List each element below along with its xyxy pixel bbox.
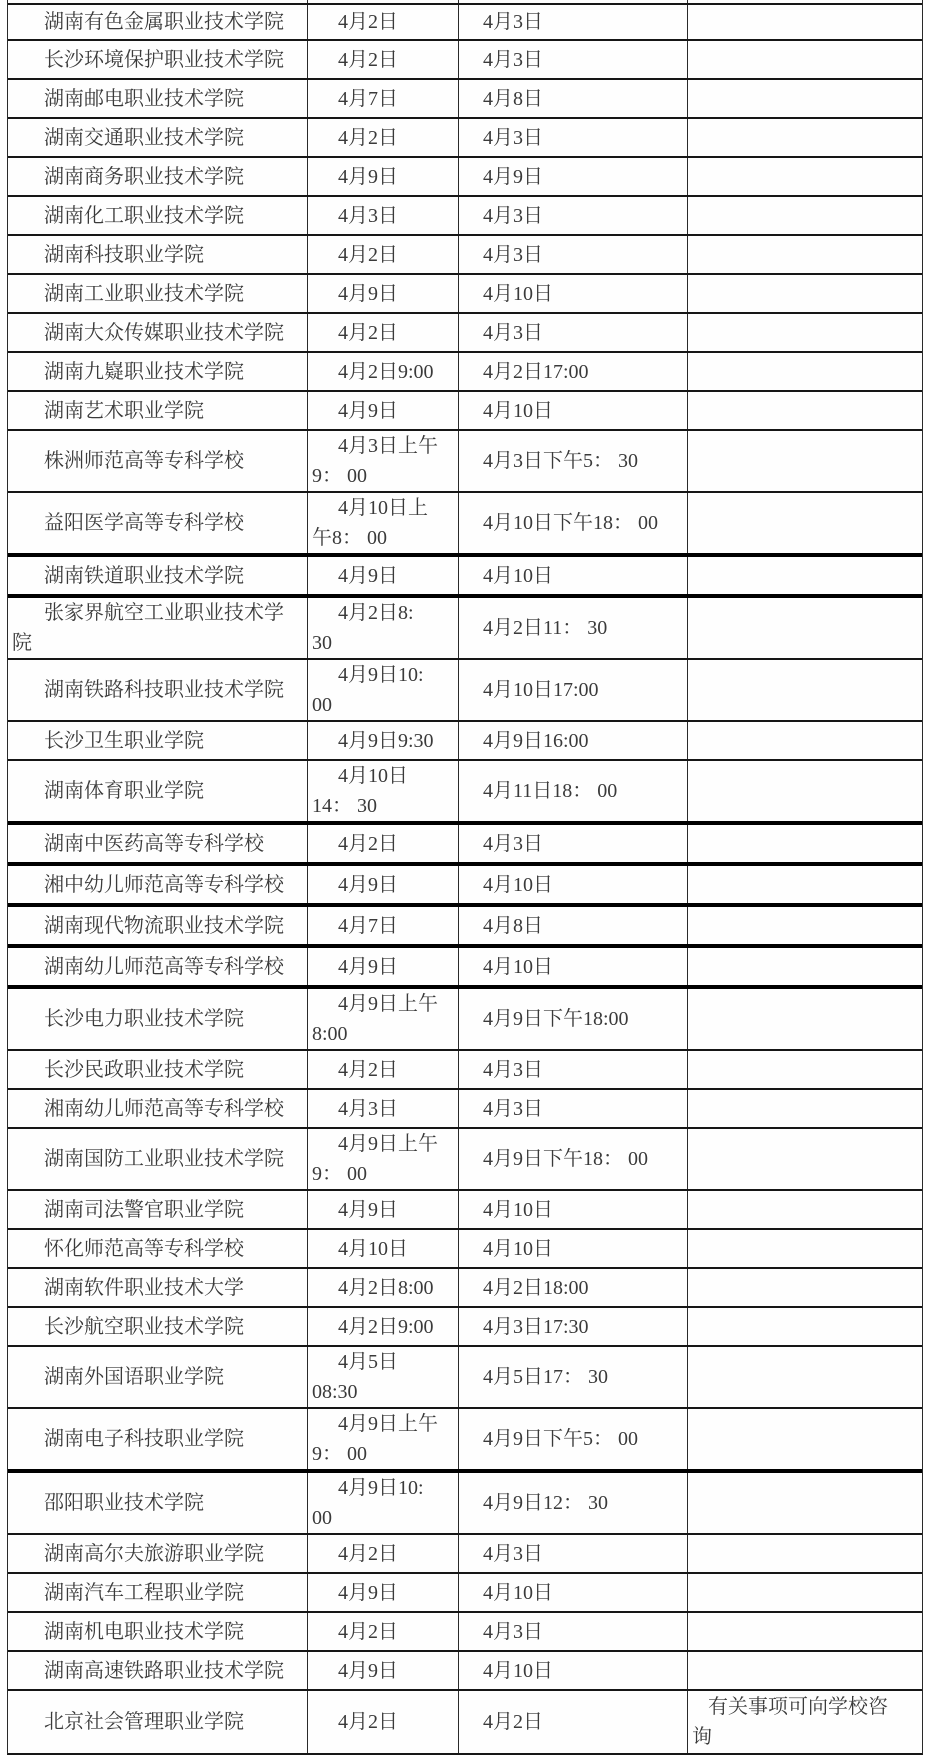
cell-text-line: 4月3日 <box>483 7 687 37</box>
cell-text-line: 湖南艺术职业学院 <box>44 396 307 426</box>
end-date-cell: 4月3日 <box>459 1535 688 1572</box>
schedule-table: 湖南有色金属职业技术学院4月2日4月3日长沙环境保护职业技术学院4月2日4月3日… <box>7 0 923 1755</box>
school-name-cell: 长沙卫生职业学院 <box>8 722 308 759</box>
cell-text-line: 4月2日18:00 <box>483 1273 687 1303</box>
cell-text-line: 长沙卫生职业学院 <box>44 726 307 756</box>
cell-text-line: 4月3日17:30 <box>483 1312 687 1342</box>
start-date-cell: 4月2日8:30 <box>308 598 459 658</box>
cell-text-line: 4月2日 <box>338 7 458 37</box>
school-name-cell: 湖南高速铁路职业技术学院 <box>8 1652 308 1689</box>
note-cell <box>688 598 922 658</box>
cell-text-line: 湖南铁路科技职业技术学院 <box>44 675 307 705</box>
school-name-cell: 怀化师范高等专科学校 <box>8 1230 308 1267</box>
cell-text-line: 4月2日 <box>338 45 458 75</box>
school-name-cell: 湖南大众传媒职业技术学院 <box>8 314 308 351</box>
cell-text-line: 4月10日 <box>483 952 687 982</box>
cell-text-line: 湖南大众传媒职业技术学院 <box>44 318 307 348</box>
school-name-cell: 湖南体育职业学院 <box>8 761 308 821</box>
school-name-cell: 北京社会管理职业学院 <box>8 1691 308 1753</box>
note-cell <box>688 1230 922 1267</box>
cell-text-line: 4月9日 <box>338 561 458 591</box>
table-row: 湘中幼儿师范高等专科学校4月9日4月10日 <box>8 862 922 903</box>
cell-text-line: 4月2日11： 30 <box>483 613 687 643</box>
cell-text-line: 株洲师范高等专科学校 <box>44 446 307 476</box>
start-date-cell: 4月2日 <box>308 1051 459 1088</box>
school-name-cell: 湖南铁道职业技术学院 <box>8 557 308 594</box>
school-name-cell: 湖南化工职业技术学院 <box>8 197 308 234</box>
end-date-cell: 4月2日17:00 <box>459 353 688 390</box>
cell-text-line: 4月9日下午18： 00 <box>483 1144 687 1174</box>
table-row: 怀化师范高等专科学校4月10日4月10日 <box>8 1228 922 1267</box>
school-name-cell: 湖南外国语职业学院 <box>8 1347 308 1407</box>
table-row: 湖南电子科技职业学院4月9日上午9： 004月9日下午5： 00 <box>8 1407 922 1469</box>
start-date-cell: 4月10日14： 30 <box>308 761 459 821</box>
cell-text-line: 4月5日17： 30 <box>483 1362 687 1392</box>
cell-text-line: 湘中幼儿师范高等专科学校 <box>44 870 307 900</box>
cell-text-line: 湖南有色金属职业技术学院 <box>44 7 307 37</box>
table-row: 长沙民政职业技术学院4月2日4月3日 <box>8 1049 922 1088</box>
cell-text-line: 4月2日8: <box>338 598 458 628</box>
note-cell <box>688 948 922 985</box>
table-row: 湖南现代物流职业技术学院4月7日4月8日 <box>8 903 922 944</box>
table-row: 长沙卫生职业学院4月9日9:304月9日16:00 <box>8 720 922 759</box>
start-date-cell: 4月9日 <box>308 866 459 903</box>
table-row: 湘南幼儿师范高等专科学校4月3日4月3日 <box>8 1088 922 1127</box>
cell-text-line: 4月9日 <box>338 1195 458 1225</box>
note-cell <box>688 1574 922 1611</box>
end-date-cell: 4月3日 <box>459 1090 688 1127</box>
cell-text-line: 湖南汽车工程职业学院 <box>44 1578 307 1608</box>
cell-text-line: 4月9日下午5： 00 <box>483 1424 687 1454</box>
cell-text-line: 4月9日10: <box>338 1473 458 1503</box>
start-date-cell: 4月9日 <box>308 948 459 985</box>
cell-text-line: 湖南体育职业学院 <box>44 776 307 806</box>
cell-text-line: 4月7日 <box>338 84 458 114</box>
school-name-cell: 湖南现代物流职业技术学院 <box>8 907 308 944</box>
end-date-cell: 4月10日 <box>459 1230 688 1267</box>
start-date-cell: 4月2日 <box>308 5 459 39</box>
cell-text-line: 湖南软件职业技术大学 <box>44 1273 307 1303</box>
start-date-cell: 4月9日 <box>308 1191 459 1228</box>
note-cell <box>688 1191 922 1228</box>
cell-text-line: 4月10日下午18： 00 <box>483 508 687 538</box>
cell-text-line: 4月2日8:00 <box>338 1273 458 1303</box>
start-date-cell: 4月3日 <box>308 197 459 234</box>
start-date-cell: 4月9日 <box>308 557 459 594</box>
cell-text-line: 4月10日 <box>483 1234 687 1264</box>
cell-text-line: 4月2日 <box>338 123 458 153</box>
cell-text-line: 湖南商务职业技术学院 <box>44 162 307 192</box>
note-cell <box>688 158 922 195</box>
cell-text-line: 4月5日 <box>338 1347 458 1377</box>
cell-text-line: 9： 00 <box>312 461 458 491</box>
end-date-cell: 4月10日 <box>459 1574 688 1611</box>
end-date-cell: 4月9日下午5： 00 <box>459 1409 688 1469</box>
school-name-cell: 湖南邮电职业技术学院 <box>8 80 308 117</box>
cell-text-line: 30 <box>312 628 458 658</box>
table-row: 湖南高速铁路职业技术学院4月9日4月10日 <box>8 1650 922 1689</box>
start-date-cell: 4月2日 <box>308 236 459 273</box>
start-date-cell: 4月2日9:00 <box>308 353 459 390</box>
start-date-cell: 4月9日10:00 <box>308 660 459 720</box>
cell-text-line: 9： 00 <box>312 1159 458 1189</box>
cell-text-line: 4月10日 <box>338 1234 458 1264</box>
school-name-cell: 益阳医学高等专科学校 <box>8 493 308 553</box>
start-date-cell: 4月2日 <box>308 1613 459 1650</box>
school-name-cell: 湖南国防工业职业技术学院 <box>8 1129 308 1189</box>
end-date-cell: 4月10日 <box>459 1652 688 1689</box>
cell-text-line: 4月9日 <box>338 279 458 309</box>
end-date-cell: 4月10日 <box>459 275 688 312</box>
school-name-cell: 湖南幼儿师范高等专科学校 <box>8 948 308 985</box>
cell-text-line: 4月2日 <box>338 240 458 270</box>
cell-text-line: 4月10日 <box>483 870 687 900</box>
start-date-cell: 4月2日 <box>308 1535 459 1572</box>
table-row: 湖南高尔夫旅游职业学院4月2日4月3日 <box>8 1533 922 1572</box>
cell-text-line: 4月3日上午 <box>338 431 458 461</box>
cell-text-line: 湖南科技职业学院 <box>44 240 307 270</box>
table-row: 长沙电力职业技术学院4月9日上午8:004月9日下午18:00 <box>8 985 922 1049</box>
note-cell <box>688 314 922 351</box>
start-date-cell: 4月9日上午9： 00 <box>308 1409 459 1469</box>
note-cell <box>688 1129 922 1189</box>
cell-text-line: 4月3日 <box>483 1617 687 1647</box>
note-cell <box>688 722 922 759</box>
start-date-cell: 4月7日 <box>308 907 459 944</box>
cell-text-line: 院 <box>12 628 307 658</box>
cell-text-line: 4月2日17:00 <box>483 357 687 387</box>
note-cell <box>688 392 922 429</box>
note-cell: 有关事项可向学校咨询 <box>688 1691 922 1753</box>
cell-text-line: 湖南高速铁路职业技术学院 <box>44 1656 307 1686</box>
cell-text-line: 4月3日 <box>483 123 687 153</box>
cell-text-line: 湖南高尔夫旅游职业学院 <box>44 1539 307 1569</box>
end-date-cell: 4月3日 <box>459 119 688 156</box>
end-date-cell: 4月8日 <box>459 907 688 944</box>
cell-text-line: 4月9日下午18:00 <box>483 1004 687 1034</box>
cell-text-line: 4月3日 <box>483 45 687 75</box>
table-row: 北京社会管理职业学院4月2日4月2日有关事项可向学校咨询 <box>8 1689 922 1753</box>
table-row: 湖南中医药高等专科学校4月2日4月3日 <box>8 821 922 862</box>
cell-text-line: 00 <box>312 690 458 720</box>
cell-text-line: 湖南邮电职业技术学院 <box>44 84 307 114</box>
table-row: 湖南商务职业技术学院4月9日4月9日 <box>8 156 922 195</box>
school-name-cell: 湖南科技职业学院 <box>8 236 308 273</box>
cell-text-line: 长沙航空职业技术学院 <box>44 1312 307 1342</box>
note-cell <box>688 1308 922 1345</box>
note-cell <box>688 1473 922 1533</box>
start-date-cell: 4月3日 <box>308 1090 459 1127</box>
start-date-cell: 4月9日 <box>308 275 459 312</box>
cell-text-line: 4月10日 <box>483 561 687 591</box>
start-date-cell: 4月9日10:00 <box>308 1473 459 1533</box>
cell-text-line: 4月8日 <box>483 911 687 941</box>
cell-text-line: 4月3日下午5： 30 <box>483 446 687 476</box>
end-date-cell: 4月3日 <box>459 1613 688 1650</box>
table-row: 湖南邮电职业技术学院4月7日4月8日 <box>8 78 922 117</box>
note-cell <box>688 1347 922 1407</box>
start-date-cell: 4月2日 <box>308 314 459 351</box>
table-row: 张家界航空工业职业技术学院4月2日8:304月2日11： 30 <box>8 594 922 658</box>
start-date-cell: 4月9日 <box>308 392 459 429</box>
cell-text-line: 4月9日 <box>338 952 458 982</box>
cell-text-line: 湖南化工职业技术学院 <box>44 201 307 231</box>
school-name-cell: 湖南艺术职业学院 <box>8 392 308 429</box>
start-date-cell: 4月2日 <box>308 1691 459 1753</box>
cell-text-line: 湖南幼儿师范高等专科学校 <box>44 952 307 982</box>
end-date-cell: 4月3日17:30 <box>459 1308 688 1345</box>
start-date-cell: 4月9日上午8:00 <box>308 989 459 1049</box>
end-date-cell: 4月3日下午5： 30 <box>459 431 688 491</box>
cell-text-line: 4月3日 <box>483 201 687 231</box>
note-cell <box>688 431 922 491</box>
cell-text-line: 4月2日 <box>338 318 458 348</box>
note-cell <box>688 236 922 273</box>
cell-text-line: 4月9日 <box>338 1656 458 1686</box>
table-row: 长沙航空职业技术学院4月2日9:004月3日17:30 <box>8 1306 922 1345</box>
school-name-cell: 长沙民政职业技术学院 <box>8 1051 308 1088</box>
cell-text-line: 4月9日 <box>338 870 458 900</box>
note-cell <box>688 660 922 720</box>
end-date-cell: 4月9日下午18： 00 <box>459 1129 688 1189</box>
cell-text-line: 4月3日 <box>483 240 687 270</box>
cell-text-line: 4月2日 <box>338 1617 458 1647</box>
start-date-cell: 4月10日上午8： 00 <box>308 493 459 553</box>
end-date-cell: 4月9日16:00 <box>459 722 688 759</box>
cell-text-line: 4月3日 <box>483 1094 687 1124</box>
start-date-cell: 4月2日8:00 <box>308 1269 459 1306</box>
cell-text-line: 4月9日 <box>338 396 458 426</box>
cell-text-line: 张家界航空工业职业技术学 <box>44 598 307 628</box>
cell-text-line: 4月2日9:00 <box>338 357 458 387</box>
end-date-cell <box>459 0 688 3</box>
note-cell <box>688 1535 922 1572</box>
school-name-cell: 湖南工业职业技术学院 <box>8 275 308 312</box>
cell-text-line: 9： 00 <box>312 1439 458 1469</box>
start-date-cell: 4月9日 <box>308 1574 459 1611</box>
table-row: 湖南体育职业学院4月10日14： 304月11日18： 00 <box>8 759 922 821</box>
end-date-cell: 4月10日 <box>459 866 688 903</box>
cell-text-line: 4月10日 <box>483 1195 687 1225</box>
cell-text-line: 湖南外国语职业学院 <box>44 1362 307 1392</box>
end-date-cell: 4月10日下午18： 00 <box>459 493 688 553</box>
cell-text-line: 北京社会管理职业学院 <box>44 1707 307 1737</box>
cell-text-line: 邵阳职业技术学院 <box>44 1488 307 1518</box>
end-date-cell: 4月3日 <box>459 236 688 273</box>
start-date-cell: 4月7日 <box>308 80 459 117</box>
cell-text-line: 4月9日上午 <box>338 1409 458 1439</box>
cell-text-line: 4月10日上 <box>338 493 458 523</box>
cell-text-line: 8:00 <box>312 1019 458 1049</box>
cell-text-line: 4月3日 <box>338 201 458 231</box>
school-name-cell: 湖南九嶷职业技术学院 <box>8 353 308 390</box>
note-cell <box>688 825 922 862</box>
school-name-cell: 湖南软件职业技术大学 <box>8 1269 308 1306</box>
note-cell <box>688 907 922 944</box>
cell-text-line: 4月2日 <box>338 1707 458 1737</box>
school-name-cell: 湖南高尔夫旅游职业学院 <box>8 1535 308 1572</box>
cell-text-line: 长沙电力职业技术学院 <box>44 1004 307 1034</box>
cell-text-line: 4月3日 <box>483 318 687 348</box>
note-cell <box>688 1051 922 1088</box>
cell-text-line: 4月2日 <box>483 1707 687 1737</box>
start-date-cell: 4月2日 <box>308 825 459 862</box>
start-date-cell: 4月10日 <box>308 1230 459 1267</box>
cell-text-line: 益阳医学高等专科学校 <box>44 508 307 538</box>
start-date-cell: 4月2日 <box>308 41 459 78</box>
end-date-cell: 4月11日18： 00 <box>459 761 688 821</box>
end-date-cell: 4月3日 <box>459 197 688 234</box>
end-date-cell: 4月10日17:00 <box>459 660 688 720</box>
start-date-cell: 4月9日上午9： 00 <box>308 1129 459 1189</box>
cell-text-line: 4月9日10: <box>338 660 458 690</box>
end-date-cell: 4月9日 <box>459 158 688 195</box>
cell-text-line: 湖南九嶷职业技术学院 <box>44 357 307 387</box>
school-name-cell: 湖南机电职业技术学院 <box>8 1613 308 1650</box>
cell-text-line: 4月2日 <box>338 1539 458 1569</box>
cell-text-line: 湖南电子科技职业学院 <box>44 1424 307 1454</box>
note-cell <box>688 1090 922 1127</box>
note-cell <box>688 41 922 78</box>
cell-text-line: 怀化师范高等专科学校 <box>44 1234 307 1264</box>
end-date-cell: 4月2日11： 30 <box>459 598 688 658</box>
table-row: 湖南国防工业职业技术学院4月9日上午9： 004月9日下午18： 00 <box>8 1127 922 1189</box>
cell-text-line: 湖南司法警官职业学院 <box>44 1195 307 1225</box>
note-cell <box>688 1652 922 1689</box>
end-date-cell: 4月9日下午18:00 <box>459 989 688 1049</box>
cell-text-line: 4月3日 <box>338 1094 458 1124</box>
school-name-cell: 湖南有色金属职业技术学院 <box>8 5 308 39</box>
note-cell <box>688 119 922 156</box>
cell-text-line: 08:30 <box>312 1377 458 1407</box>
start-date-cell: 4月2日9:00 <box>308 1308 459 1345</box>
school-name-cell <box>8 0 308 3</box>
note-cell <box>688 80 922 117</box>
school-name-cell: 邵阳职业技术学院 <box>8 1473 308 1533</box>
cell-text-line: 4月10日 <box>483 1578 687 1608</box>
cell-text-line: 4月9日9:30 <box>338 726 458 756</box>
start-date-cell: 4月5日08:30 <box>308 1347 459 1407</box>
end-date-cell: 4月3日 <box>459 5 688 39</box>
cell-text-line: 4月7日 <box>338 911 458 941</box>
cell-text-line: 4月9日上午 <box>338 1129 458 1159</box>
cell-text-line: 湘南幼儿师范高等专科学校 <box>44 1094 307 1124</box>
school-name-cell: 长沙航空职业技术学院 <box>8 1308 308 1345</box>
table-row: 湖南铁道职业技术学院4月9日4月10日 <box>8 553 922 594</box>
table-row: 湖南铁路科技职业技术学院4月9日10:004月10日17:00 <box>8 658 922 720</box>
cell-text-line: 4月10日 <box>483 1656 687 1686</box>
cell-text-line: 湖南交通职业技术学院 <box>44 123 307 153</box>
end-date-cell: 4月2日 <box>459 1691 688 1753</box>
start-date-cell <box>308 0 459 3</box>
table-row: 湖南有色金属职业技术学院4月2日4月3日 <box>8 3 922 39</box>
school-name-cell: 湖南商务职业技术学院 <box>8 158 308 195</box>
table-row: 株洲师范高等专科学校4月3日上午9： 004月3日下午5： 30 <box>8 429 922 491</box>
cell-text-line: 长沙民政职业技术学院 <box>44 1055 307 1085</box>
start-date-cell: 4月2日 <box>308 119 459 156</box>
cell-text-line: 4月2日9:00 <box>338 1312 458 1342</box>
table-row: 湖南司法警官职业学院4月9日4月10日 <box>8 1189 922 1228</box>
table-row: 湖南大众传媒职业技术学院4月2日4月3日 <box>8 312 922 351</box>
start-date-cell: 4月9日9:30 <box>308 722 459 759</box>
note-cell <box>688 5 922 39</box>
cell-text-line: 湖南机电职业技术学院 <box>44 1617 307 1647</box>
table-row: 湖南工业职业技术学院4月9日4月10日 <box>8 273 922 312</box>
note-cell <box>688 1613 922 1650</box>
cell-text-line: 4月9日12： 30 <box>483 1488 687 1518</box>
cell-text-line: 湖南现代物流职业技术学院 <box>44 911 307 941</box>
end-date-cell: 4月9日12： 30 <box>459 1473 688 1533</box>
table-row: 湖南软件职业技术大学4月2日8:004月2日18:00 <box>8 1267 922 1306</box>
cell-text-line: 4月3日 <box>483 1539 687 1569</box>
cell-text-line: 午8： 00 <box>312 523 458 553</box>
table-row: 湖南交通职业技术学院4月2日4月3日 <box>8 117 922 156</box>
school-name-cell: 长沙电力职业技术学院 <box>8 989 308 1049</box>
cell-text-line: 14： 30 <box>312 791 458 821</box>
cell-text-line: 4月10日17:00 <box>483 675 687 705</box>
table-row: 湖南科技职业学院4月2日4月3日 <box>8 234 922 273</box>
school-name-cell: 湖南电子科技职业学院 <box>8 1409 308 1469</box>
note-cell <box>688 557 922 594</box>
table-row: 湖南九嶷职业技术学院4月2日9:004月2日17:00 <box>8 351 922 390</box>
note-cell <box>688 493 922 553</box>
cell-text-line: 4月10日 <box>338 761 458 791</box>
end-date-cell: 4月2日18:00 <box>459 1269 688 1306</box>
cell-text-line: 4月11日18： 00 <box>483 776 687 806</box>
cell-text-line: 湖南国防工业职业技术学院 <box>44 1144 307 1174</box>
note-cell <box>688 989 922 1049</box>
end-date-cell: 4月3日 <box>459 314 688 351</box>
table-row: 湖南机电职业技术学院4月2日4月3日 <box>8 1611 922 1650</box>
cell-text-line: 4月10日 <box>483 396 687 426</box>
cell-text-line: 4月9日16:00 <box>483 726 687 756</box>
school-name-cell: 湖南汽车工程职业学院 <box>8 1574 308 1611</box>
table-row: 湖南化工职业技术学院4月3日4月3日 <box>8 195 922 234</box>
cell-text-line: 4月8日 <box>483 84 687 114</box>
cropped-row-top <box>8 0 922 3</box>
school-name-cell: 湘南幼儿师范高等专科学校 <box>8 1090 308 1127</box>
table-row: 邵阳职业技术学院4月9日10:004月9日12： 30 <box>8 1469 922 1533</box>
end-date-cell: 4月10日 <box>459 557 688 594</box>
cell-text-line: 4月9日 <box>338 162 458 192</box>
note-cell <box>688 866 922 903</box>
table-row: 湖南外国语职业学院4月5日08:304月5日17： 30 <box>8 1345 922 1407</box>
school-name-cell: 张家界航空工业职业技术学院 <box>8 598 308 658</box>
start-date-cell: 4月3日上午9： 00 <box>308 431 459 491</box>
cell-text-line: 00 <box>312 1503 458 1533</box>
end-date-cell: 4月3日 <box>459 41 688 78</box>
end-date-cell: 4月8日 <box>459 80 688 117</box>
end-date-cell: 4月5日17： 30 <box>459 1347 688 1407</box>
note-cell <box>688 353 922 390</box>
note-cell <box>688 1409 922 1469</box>
cell-text-line: 4月9日上午 <box>338 989 458 1019</box>
school-name-cell: 湖南中医药高等专科学校 <box>8 825 308 862</box>
cell-text-line: 湖南工业职业技术学院 <box>44 279 307 309</box>
cell-text-line: 湖南中医药高等专科学校 <box>44 829 307 859</box>
school-name-cell: 长沙环境保护职业技术学院 <box>8 41 308 78</box>
end-date-cell: 4月10日 <box>459 1191 688 1228</box>
start-date-cell: 4月9日 <box>308 1652 459 1689</box>
table-row: 湖南艺术职业学院4月9日4月10日 <box>8 390 922 429</box>
start-date-cell: 4月9日 <box>308 158 459 195</box>
cell-text-line: 4月9日 <box>483 162 687 192</box>
table-row: 益阳医学高等专科学校4月10日上午8： 004月10日下午18： 00 <box>8 491 922 553</box>
cell-text-line: 4月9日 <box>338 1578 458 1608</box>
table-row: 长沙环境保护职业技术学院4月2日4月3日 <box>8 39 922 78</box>
school-name-cell: 株洲师范高等专科学校 <box>8 431 308 491</box>
note-cell <box>688 1269 922 1306</box>
